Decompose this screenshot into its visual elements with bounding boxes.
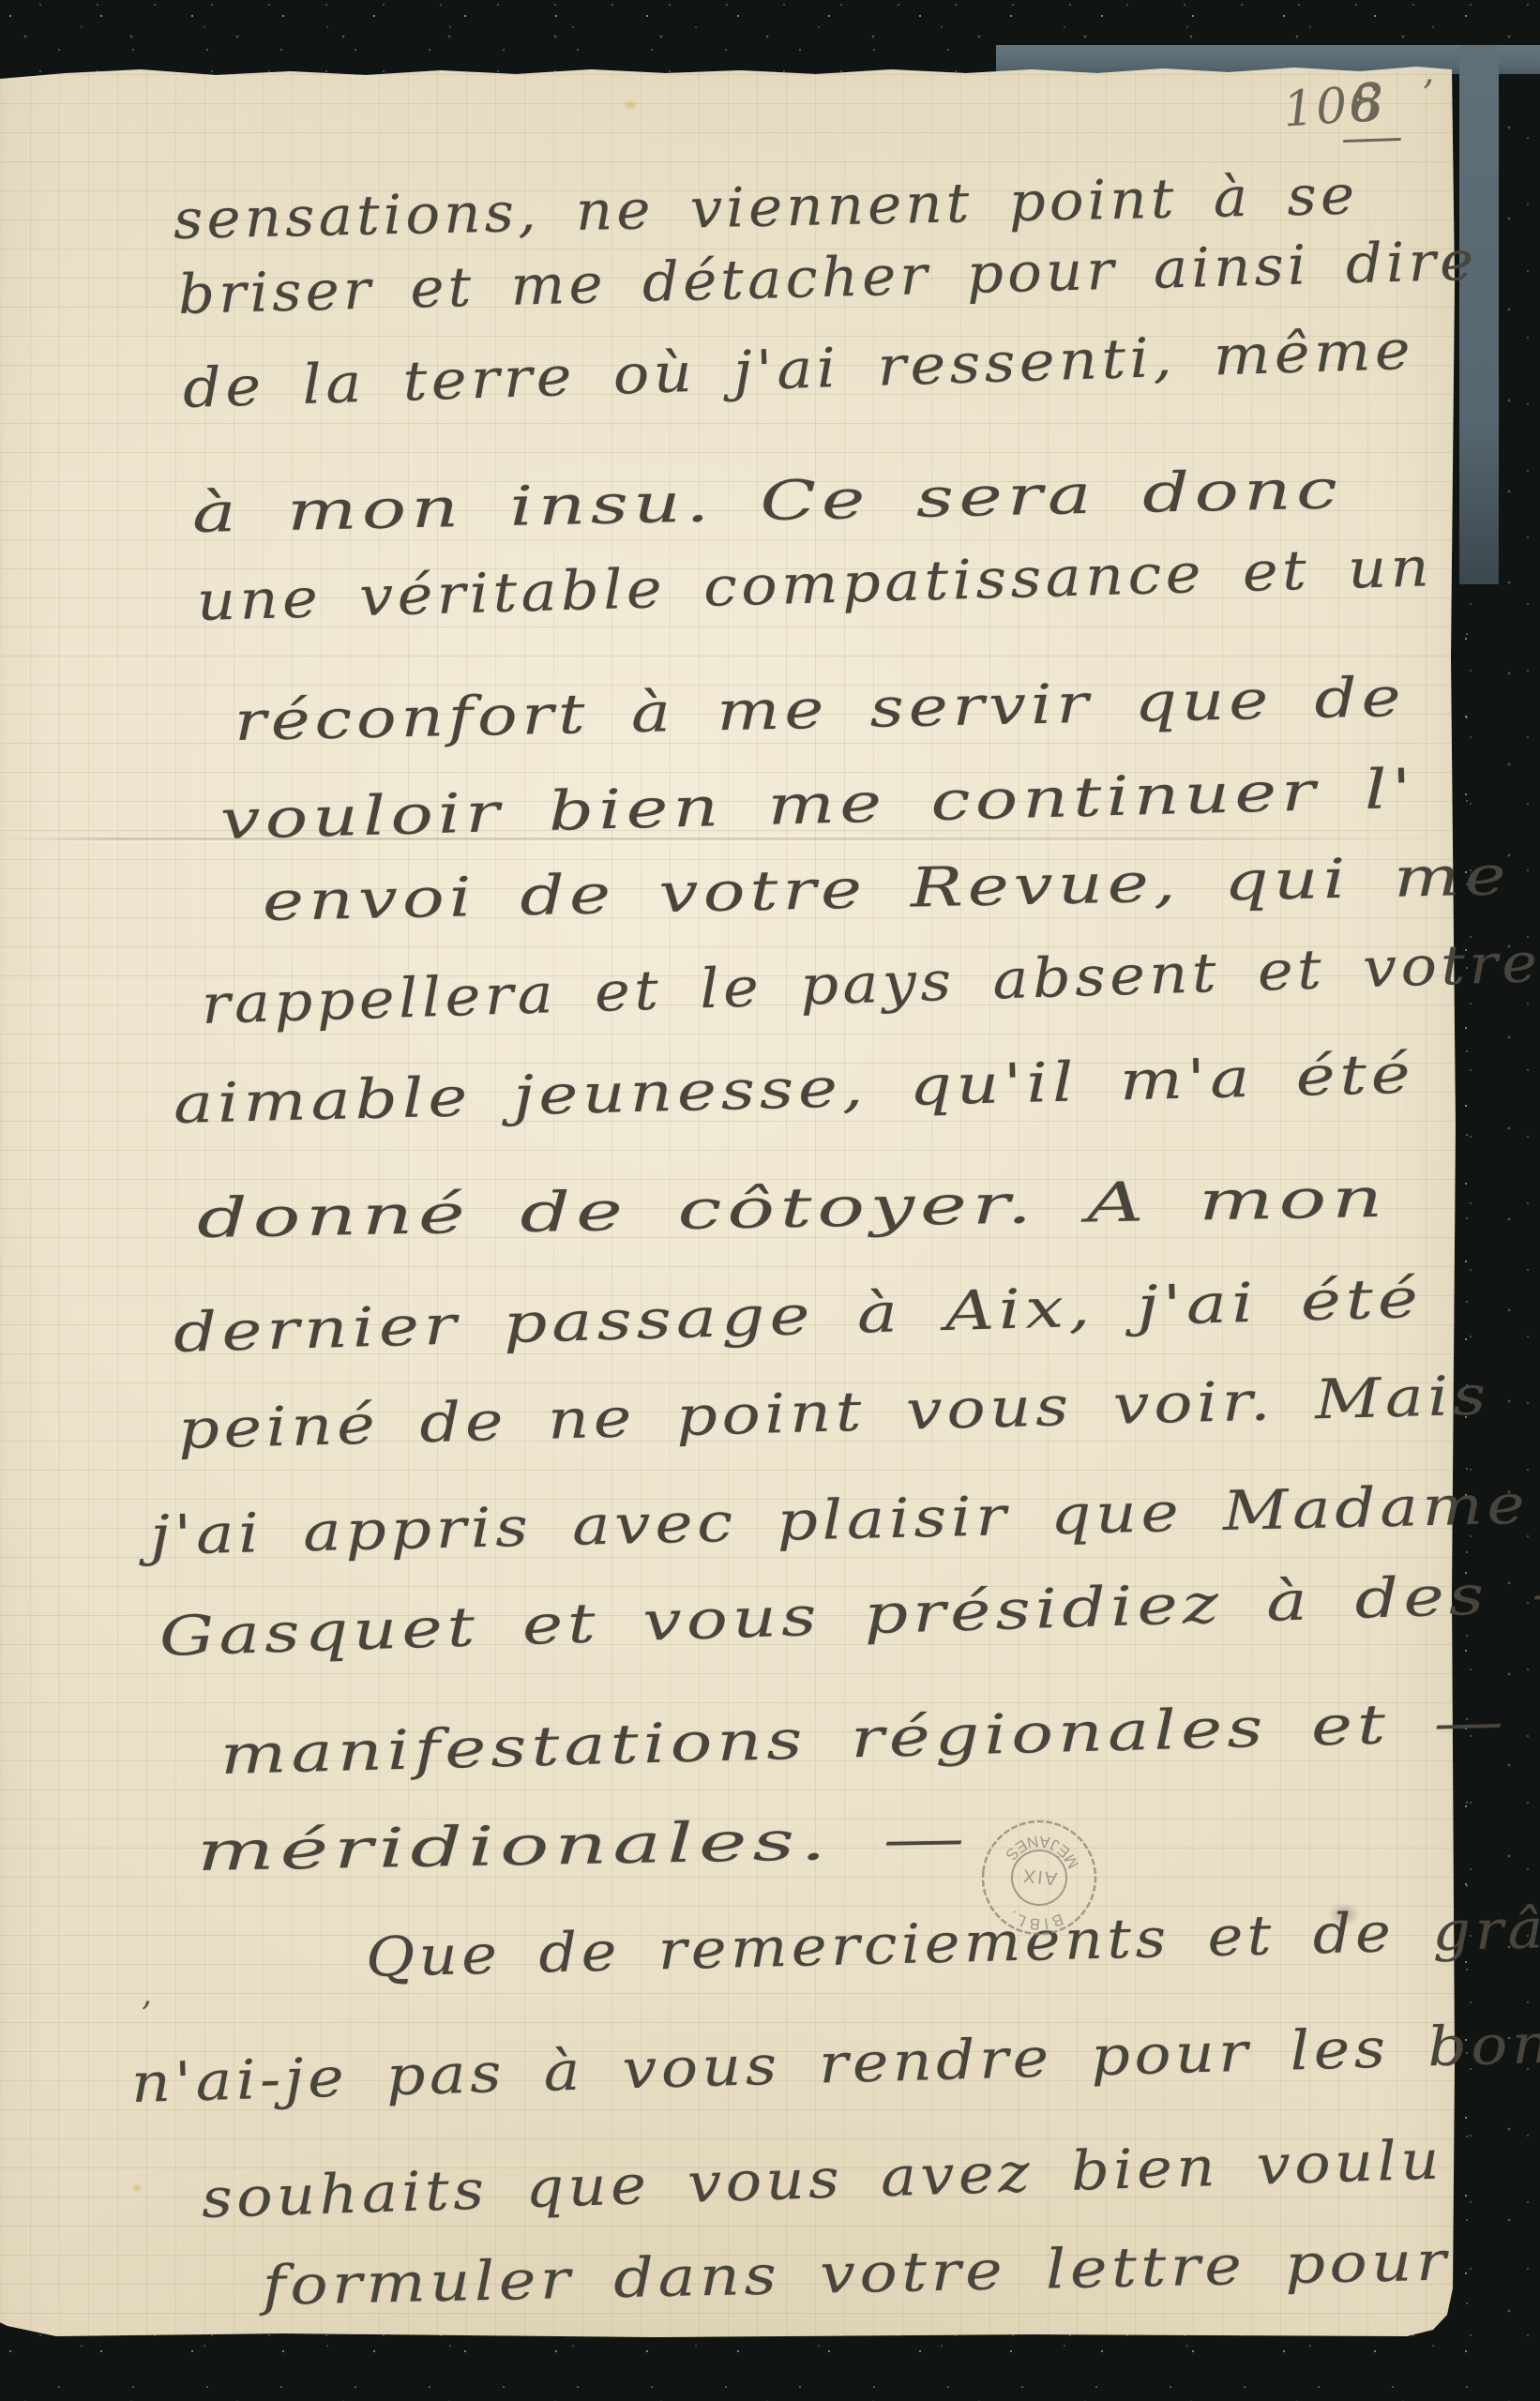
stamp-top-text: BIBL. — [1002, 1904, 1068, 1936]
tick-mark: ’ — [1422, 73, 1434, 116]
stamp-top-text-path: BIBL. — [1002, 1904, 1068, 1936]
handwriting-line: méridionales. — — [196, 1811, 970, 1879]
margin-mark: ’ — [141, 1996, 151, 2034]
paper-stain — [131, 2183, 143, 2193]
mount-strip-vertical — [1459, 45, 1499, 584]
paper-stain — [623, 99, 638, 111]
page-number: 8 — [1349, 72, 1385, 135]
library-stamp: BIBL. MÉJANES AIX — [968, 1806, 1110, 1949]
stamp-center-text: AIX — [1020, 1865, 1058, 1889]
